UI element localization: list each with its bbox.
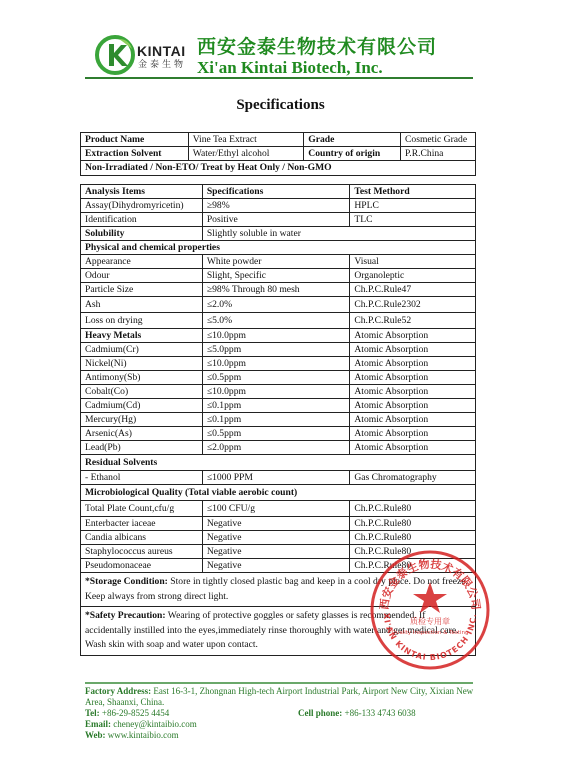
- footer-contact: Factory Address: East 16-3-1, Zhongnan H…: [85, 686, 485, 741]
- test-method: Atomic Absorption: [350, 385, 476, 399]
- tel-value: +86-29-8525 4454: [102, 708, 169, 718]
- analysis-item: Mercury(Hg): [81, 413, 203, 427]
- test-method: Atomic Absorption: [350, 441, 476, 455]
- page-title: Specifications: [0, 97, 561, 114]
- analysis-item: Assay(Dihydromyricetin): [81, 199, 203, 213]
- specification: Negative: [202, 531, 350, 545]
- specifications-table: Analysis ItemsSpecificationsTest Methord…: [80, 184, 476, 656]
- table-row: SolubilitySlightly soluble in water: [81, 227, 476, 241]
- header-analysis-items: Analysis Items: [81, 185, 203, 199]
- table-row: Product Name Vine Tea Extract Grade Cosm…: [81, 133, 476, 147]
- specification: ≤0.1ppm: [202, 413, 350, 427]
- specification: Slight, Specific: [202, 269, 350, 283]
- table-row: Assay(Dihydromyricetin)≥98%HPLC: [81, 199, 476, 213]
- table-row: Microbiological Quality (Total viable ae…: [81, 485, 476, 501]
- table-row: Staphylococcus aureusNegativeCh.P.C.Rule…: [81, 545, 476, 559]
- specification: ≤1000 PPM: [202, 471, 350, 485]
- value-extraction-solvent: Water/Ethyl alcohol: [188, 147, 304, 161]
- table-row: Loss on drying≤5.0%Ch.P.C.Rule52: [81, 313, 476, 329]
- logo-wordmark: KINTAI: [137, 44, 186, 58]
- test-method: Ch.P.C.Rule80: [350, 531, 476, 545]
- analysis-item: Antimony(Sb): [81, 371, 203, 385]
- specification: Negative: [202, 517, 350, 531]
- product-info-table: Product Name Vine Tea Extract Grade Cosm…: [80, 132, 476, 176]
- specification: ≤10.0ppm: [202, 385, 350, 399]
- table-row: Non-Irradiated / Non-ETO/ Treat by Heat …: [81, 161, 476, 176]
- test-method: Atomic Absorption: [350, 329, 476, 343]
- table-row: Total Plate Count,cfu/g≤100 CFU/gCh.P.C.…: [81, 501, 476, 517]
- section-microbiological: Microbiological Quality (Total viable ae…: [81, 485, 476, 501]
- label-grade: Grade: [304, 133, 401, 147]
- table-row: Lead(Pb)≤2.0ppmAtomic Absorption: [81, 441, 476, 455]
- table-row: PseudomonaceaeNegativeCh.P.C.Rule80: [81, 559, 476, 573]
- specification: Positive: [202, 213, 350, 227]
- analysis-item: Total Plate Count,cfu/g: [81, 501, 203, 517]
- section-residual-solvents: Residual Solvents: [81, 455, 476, 471]
- table-row: Enterbacter iaceaeNegativeCh.P.C.Rule80: [81, 517, 476, 531]
- web-link[interactable]: www.kintaibio.com: [108, 730, 179, 740]
- analysis-item: Loss on drying: [81, 313, 203, 329]
- analysis-item: - Ethanol: [81, 471, 203, 485]
- analysis-item: Lead(Pb): [81, 441, 203, 455]
- test-method: Atomic Absorption: [350, 399, 476, 413]
- test-method: Atomic Absorption: [350, 371, 476, 385]
- phone-row: Tel: +86-29-8525 4454 Cell phone: +86-13…: [85, 708, 485, 719]
- company-name-chinese: 西安金泰生物技术有限公司: [197, 36, 437, 58]
- header-divider: [85, 77, 473, 79]
- table-row: Extraction Solvent Water/Ethyl alcohol C…: [81, 147, 476, 161]
- table-row: Particle Size≥98% Through 80 meshCh.P.C.…: [81, 283, 476, 297]
- test-method: Visual: [350, 255, 476, 269]
- table-row: AppearanceWhite powderVisual: [81, 255, 476, 269]
- analysis-item: Nickel(Ni): [81, 357, 203, 371]
- footer-divider: [85, 682, 473, 684]
- analysis-item: Ash: [81, 297, 203, 313]
- analysis-item: Pseudomonaceae: [81, 559, 203, 573]
- analysis-item: Cadmium(Cr): [81, 343, 203, 357]
- specification: ≤0.5ppm: [202, 371, 350, 385]
- email-link[interactable]: cheney@kintaibio.com: [113, 719, 197, 729]
- analysis-item: Identification: [81, 213, 203, 227]
- analysis-item: Candia albicans: [81, 531, 203, 545]
- claims-text: Non-Irradiated / Non-ETO/ Treat by Heat …: [81, 161, 476, 176]
- table-row: Nickel(Ni)≤10.0ppmAtomic Absorption: [81, 357, 476, 371]
- specification: ≤10.0ppm: [202, 357, 350, 371]
- heavy-metals-label: Heavy Metals: [81, 329, 203, 343]
- table-row: *Storage Condition: Store in tightly clo…: [81, 573, 476, 607]
- label-product-name: Product Name: [81, 133, 189, 147]
- test-method: Ch.P.C.Rule80: [350, 559, 476, 573]
- table-row: Mercury(Hg)≤0.1ppmAtomic Absorption: [81, 413, 476, 427]
- test-method: Ch.P.C.Rule47: [350, 283, 476, 297]
- test-method: TLC: [350, 213, 476, 227]
- test-method: Atomic Absorption: [350, 427, 476, 441]
- table-row: Cobalt(Co)≤10.0ppmAtomic Absorption: [81, 385, 476, 399]
- specification: ≤0.1ppm: [202, 399, 350, 413]
- test-method: Atomic Absorption: [350, 357, 476, 371]
- table-row: *Safety Precaution: Wearing of protectiv…: [81, 607, 476, 656]
- table-row: Cadmium(Cr)≤5.0ppmAtomic Absorption: [81, 343, 476, 357]
- email-row: Email: cheney@kintaibio.com: [85, 719, 485, 730]
- table-row: Candia albicansNegativeCh.P.C.Rule80: [81, 531, 476, 545]
- header-specifications: Specifications: [202, 185, 350, 199]
- company-name-english: Xi'an Kintai Biotech, Inc.: [197, 59, 383, 77]
- solubility-value: Slightly soluble in water: [202, 227, 475, 241]
- value-country-of-origin: P.R.China: [401, 147, 476, 161]
- test-method: Ch.P.C.Rule2302: [350, 297, 476, 313]
- table-row: OdourSlight, SpecificOrganoleptic: [81, 269, 476, 283]
- table-row: Ash≤2.0%Ch.P.C.Rule2302: [81, 297, 476, 313]
- test-method: Atomic Absorption: [350, 413, 476, 427]
- table-row: Physical and chemical properties: [81, 241, 476, 255]
- storage-condition-label: *Storage Condition:: [85, 576, 168, 587]
- email-label: Email:: [85, 719, 111, 729]
- analysis-item: Staphylococcus aureus: [81, 545, 203, 559]
- value-grade: Cosmetic Grade: [401, 133, 476, 147]
- specification: ≤100 CFU/g: [202, 501, 350, 517]
- analysis-item: Particle Size: [81, 283, 203, 297]
- specification: ≤2.0ppm: [202, 441, 350, 455]
- safety-precaution: *Safety Precaution: Wearing of protectiv…: [81, 607, 476, 656]
- table-row: Arsenic(As)≤0.5ppmAtomic Absorption: [81, 427, 476, 441]
- table-row: Heavy Metals≤10.0ppmAtomic Absorption: [81, 329, 476, 343]
- specification: White powder: [202, 255, 350, 269]
- specification: ≥98%: [202, 199, 350, 213]
- factory-address: Factory Address: East 16-3-1, Zhongnan H…: [85, 686, 485, 708]
- analysis-item: Appearance: [81, 255, 203, 269]
- test-method: Atomic Absorption: [350, 343, 476, 357]
- specification: ≤5.0%: [202, 313, 350, 329]
- solubility-label: Solubility: [81, 227, 203, 241]
- address-label: Factory Address:: [85, 686, 151, 696]
- cellphone: Cell phone: +86-133 4743 6038: [298, 708, 416, 719]
- label-extraction-solvent: Extraction Solvent: [81, 147, 189, 161]
- table-row: IdentificationPositiveTLC: [81, 213, 476, 227]
- analysis-item: Enterbacter iaceae: [81, 517, 203, 531]
- tel-label: Tel:: [85, 708, 100, 718]
- analysis-item: Cobalt(Co): [81, 385, 203, 399]
- section-physical-chemical: Physical and chemical properties: [81, 241, 476, 255]
- specification: ≥98% Through 80 mesh: [202, 283, 350, 297]
- cell-value: +86-133 4743 6038: [345, 708, 416, 718]
- header-test-method: Test Methord: [350, 185, 476, 199]
- logo-chinese-text: 金泰生物: [138, 60, 186, 70]
- test-method: Ch.P.C.Rule80: [350, 517, 476, 531]
- specification: ≤10.0ppm: [202, 329, 350, 343]
- table-row: Analysis ItemsSpecificationsTest Methord: [81, 185, 476, 199]
- test-method: Ch.P.C.Rule80: [350, 501, 476, 517]
- table-row: - Ethanol≤1000 PPMGas Chromatography: [81, 471, 476, 485]
- test-method: Ch.P.C.Rule52: [350, 313, 476, 329]
- specification: Negative: [202, 545, 350, 559]
- test-method: Ch.P.C.Rule80: [350, 545, 476, 559]
- specification: ≤5.0ppm: [202, 343, 350, 357]
- test-method: HPLC: [350, 199, 476, 213]
- value-product-name: Vine Tea Extract: [188, 133, 304, 147]
- specification: ≤0.5ppm: [202, 427, 350, 441]
- web-row: Web: www.kintaibio.com: [85, 730, 485, 741]
- test-method: Gas Chromatography: [350, 471, 476, 485]
- table-row: Residual Solvents: [81, 455, 476, 471]
- table-row: Cadmium(Cd)≤0.1ppmAtomic Absorption: [81, 399, 476, 413]
- specification: ≤2.0%: [202, 297, 350, 313]
- label-country-of-origin: Country of origin: [304, 147, 401, 161]
- analysis-item: Odour: [81, 269, 203, 283]
- table-row: Antimony(Sb)≤0.5ppmAtomic Absorption: [81, 371, 476, 385]
- storage-condition: *Storage Condition: Store in tightly clo…: [81, 573, 476, 607]
- kintai-logo-icon: [95, 35, 135, 75]
- web-label: Web:: [85, 730, 106, 740]
- analysis-item: Arsenic(As): [81, 427, 203, 441]
- specification: Negative: [202, 559, 350, 573]
- analysis-item: Cadmium(Cd): [81, 399, 203, 413]
- safety-precaution-label: *Safety Precaution:: [85, 610, 166, 621]
- test-method: Organoleptic: [350, 269, 476, 283]
- cell-label: Cell phone:: [298, 708, 342, 718]
